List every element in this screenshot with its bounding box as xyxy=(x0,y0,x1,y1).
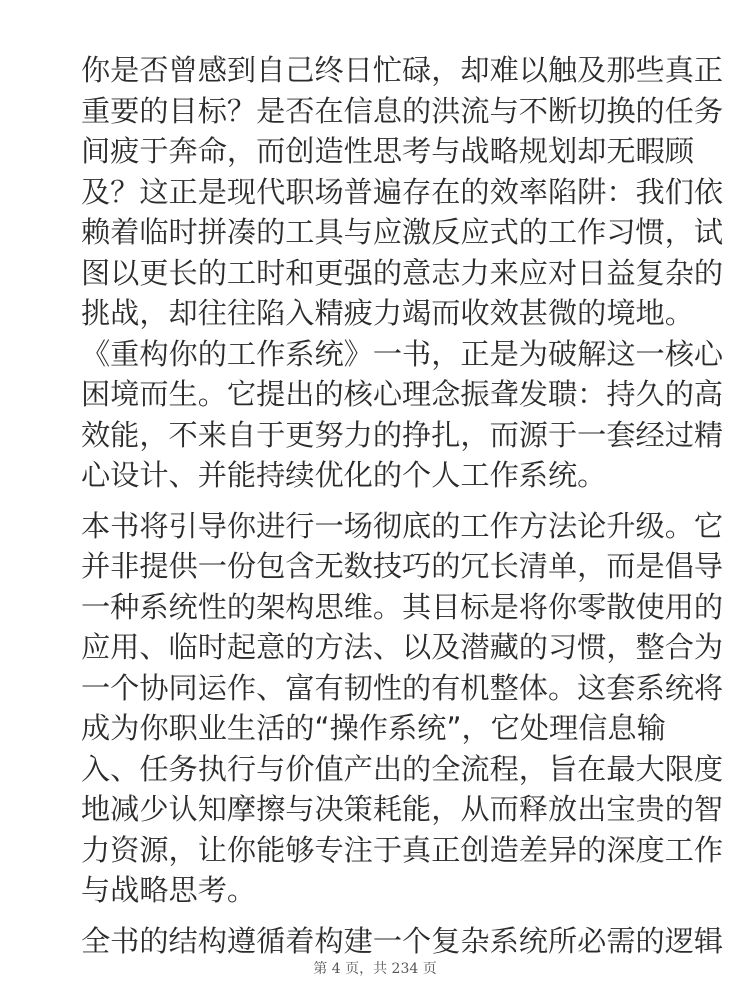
text-line: 入、任务执行与价值产出的全流程，旨在最大限度 xyxy=(81,749,669,790)
text-line: 与战略思考。 xyxy=(81,870,669,911)
text-line: 心设计、并能持续优化的个人工作系统。 xyxy=(81,455,669,496)
text-line: 重要的目标？是否在信息的洪流与不断切换的任务 xyxy=(81,91,669,132)
text-line: 本书将引导你进行一场彻底的工作方法论升级。它 xyxy=(81,506,669,547)
text-line: 困境而生。它提出的核心理念振聋发聩：持久的高 xyxy=(81,374,669,415)
text-line: 效能，不来自于更努力的挣扎，而源于一套经过精 xyxy=(81,415,669,456)
document-page: 你是否曾感到自己终日忙碌，却难以触及那些真正 重要的目标？是否在信息的洪流与不断… xyxy=(81,50,669,971)
text-line: 间疲于奔命，而创造性思考与战略规划却无暇顾 xyxy=(81,131,669,172)
text-line: 赖着临时拼凑的工具与应激反应式的工作习惯，试 xyxy=(81,212,669,253)
text-line: 并非提供一份包含无数技巧的冗长清单，而是倡导 xyxy=(81,546,669,587)
paragraph-1: 你是否曾感到自己终日忙碌，却难以触及那些真正 重要的目标？是否在信息的洪流与不断… xyxy=(81,50,669,496)
text-line: 及？这正是现代职场普遍存在的效率陷阱：我们依 xyxy=(81,172,669,213)
text-line: 一种系统性的架构思维。其目标是将你零散使用的 xyxy=(81,587,669,628)
text-line: 成为你职业生活的“操作系统”，它处理信息输 xyxy=(81,708,669,749)
text-line: 图以更长的工时和更强的意志力来应对日益复杂的 xyxy=(81,253,669,294)
text-line: 一个协同运作、富有韧性的有机整体。这套系统将 xyxy=(81,668,669,709)
text-line: 你是否曾感到自己终日忙碌，却难以触及那些真正 xyxy=(81,50,669,91)
text-line: 挑战，却往往陷入精疲力竭而收效甚微的境地。 xyxy=(81,293,669,334)
text-line: 《重构你的工作系统》一书，正是为破解这一核心 xyxy=(81,334,669,375)
paragraph-3: 全书的结构遵循着构建一个复杂系统所必需的逻辑 xyxy=(81,921,669,962)
page-number: 第 4 页，共 234 页 xyxy=(0,958,750,978)
text-line: 力资源，让你能够专注于真正创造差异的深度工作 xyxy=(81,830,669,871)
paragraph-2: 本书将引导你进行一场彻底的工作方法论升级。它 并非提供一份包含无数技巧的冗长清单… xyxy=(81,506,669,911)
text-line: 全书的结构遵循着构建一个复杂系统所必需的逻辑 xyxy=(81,921,669,962)
text-line: 应用、临时起意的方法、以及潜藏的习惯，整合为 xyxy=(81,627,669,668)
text-line: 地减少认知摩擦与决策耗能，从而释放出宝贵的智 xyxy=(81,789,669,830)
